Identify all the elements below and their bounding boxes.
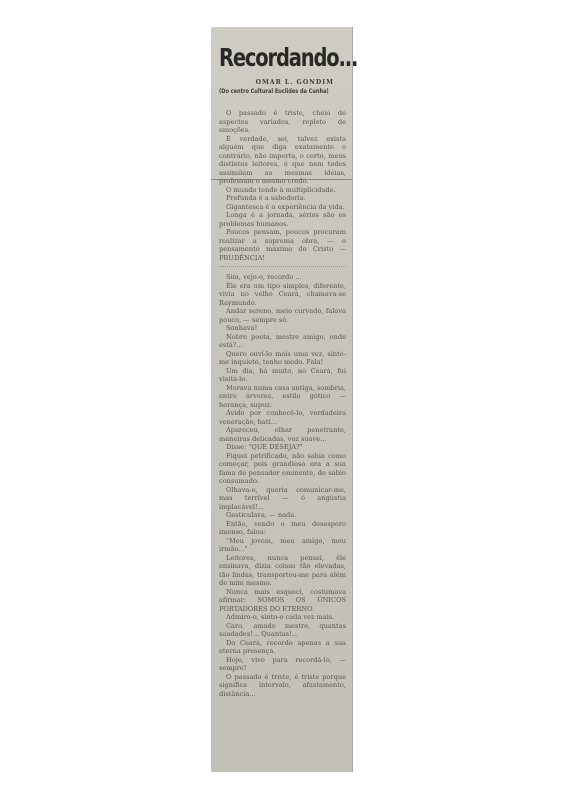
article-title: Recordando...	[219, 39, 318, 77]
article-body: O passado é triste, cheio de aspectos va…	[219, 109, 346, 698]
newspaper-clipping: Recordando... OMAR L. GONDIM (Do centro …	[211, 27, 353, 772]
article-paragraph: Longa é a jornada, sérios são os problem…	[219, 211, 346, 228]
article-paragraph: Do Ceará, recordo apenas a sua eterna pr…	[219, 639, 346, 656]
article-paragraph: Morava numa casa antiga, sombria, entre …	[219, 384, 346, 410]
article-paragraph: Caro, amado mestre, quantas saudades!...…	[219, 622, 346, 639]
ink-strike-line	[211, 179, 352, 180]
article-paragraph: Então, vendo o meu desespero imenso, fal…	[219, 520, 346, 537]
article-paragraph: Olhava-o, queria comunicar-me, mas terrí…	[219, 486, 346, 512]
section-separator	[219, 266, 346, 267]
article-paragraph: Fiquei petrificado, não sabia como começ…	[219, 452, 346, 486]
article-paragraph: O passado é triste, cheio de aspectos va…	[219, 109, 346, 135]
article-paragraph: Admiro-o, sinto-o cada vez mais.	[219, 613, 346, 622]
article-paragraph: Gigantesca é a experiência da vida.	[219, 203, 346, 212]
article-paragraph: O passado é triste, é triste porque sign…	[219, 673, 346, 699]
article-paragraph: Ávido por conhecê-lo, verdadeira veneraç…	[219, 409, 346, 426]
article-author: OMAR L. GONDIM	[219, 79, 334, 86]
article-paragraph: Disse: "QUE DESEJA?"	[219, 443, 346, 452]
article-paragraph: Sim, vejo-o, recordo ...	[219, 273, 346, 282]
article-paragraph: Apareceu, olhar penetrante, maneiras del…	[219, 426, 346, 443]
article-paragraph: Hoje, vivo para recordá-lo, — sempre!	[219, 656, 346, 673]
article-paragraph: Um dia, há muito, no Ceará, fui visitá-l…	[219, 367, 346, 384]
article-paragraph: Profunda é a sabedoria.	[219, 194, 346, 203]
article-paragraph: Sonhava!	[219, 324, 346, 333]
article-paragraph: Leitores, nunca pensei, êle ensinava, di…	[219, 554, 346, 588]
article-affiliation: (Do centro Cultural Euclides da Cunha)	[219, 88, 333, 95]
article-paragraph: O mundo tende à multiplicidade.	[219, 186, 346, 195]
article-paragraph: Quero ouví-lo mais uma vez, sinto-me inq…	[219, 350, 346, 367]
article-paragraph: Gesticulava, — nada.	[219, 511, 346, 520]
article-paragraph: Nunca mais esqueci, costumava afirmar: S…	[219, 588, 346, 614]
article-paragraph: Nobre poeta, mestre amigo, onde está?...	[219, 333, 346, 350]
article-paragraph: Andar sereno, meio curvado, falava pouco…	[219, 307, 346, 324]
article-paragraph: Poucos pensam, poucos procuram realizar …	[219, 228, 346, 262]
article-paragraph: É verdade, sei, talvez exista alguém que…	[219, 135, 346, 186]
article-paragraph: Êle era um tipo simples, diferente, vivi…	[219, 282, 346, 308]
article-paragraph: "Meu jovem, meu amigo, meu irmão..."	[219, 537, 346, 554]
